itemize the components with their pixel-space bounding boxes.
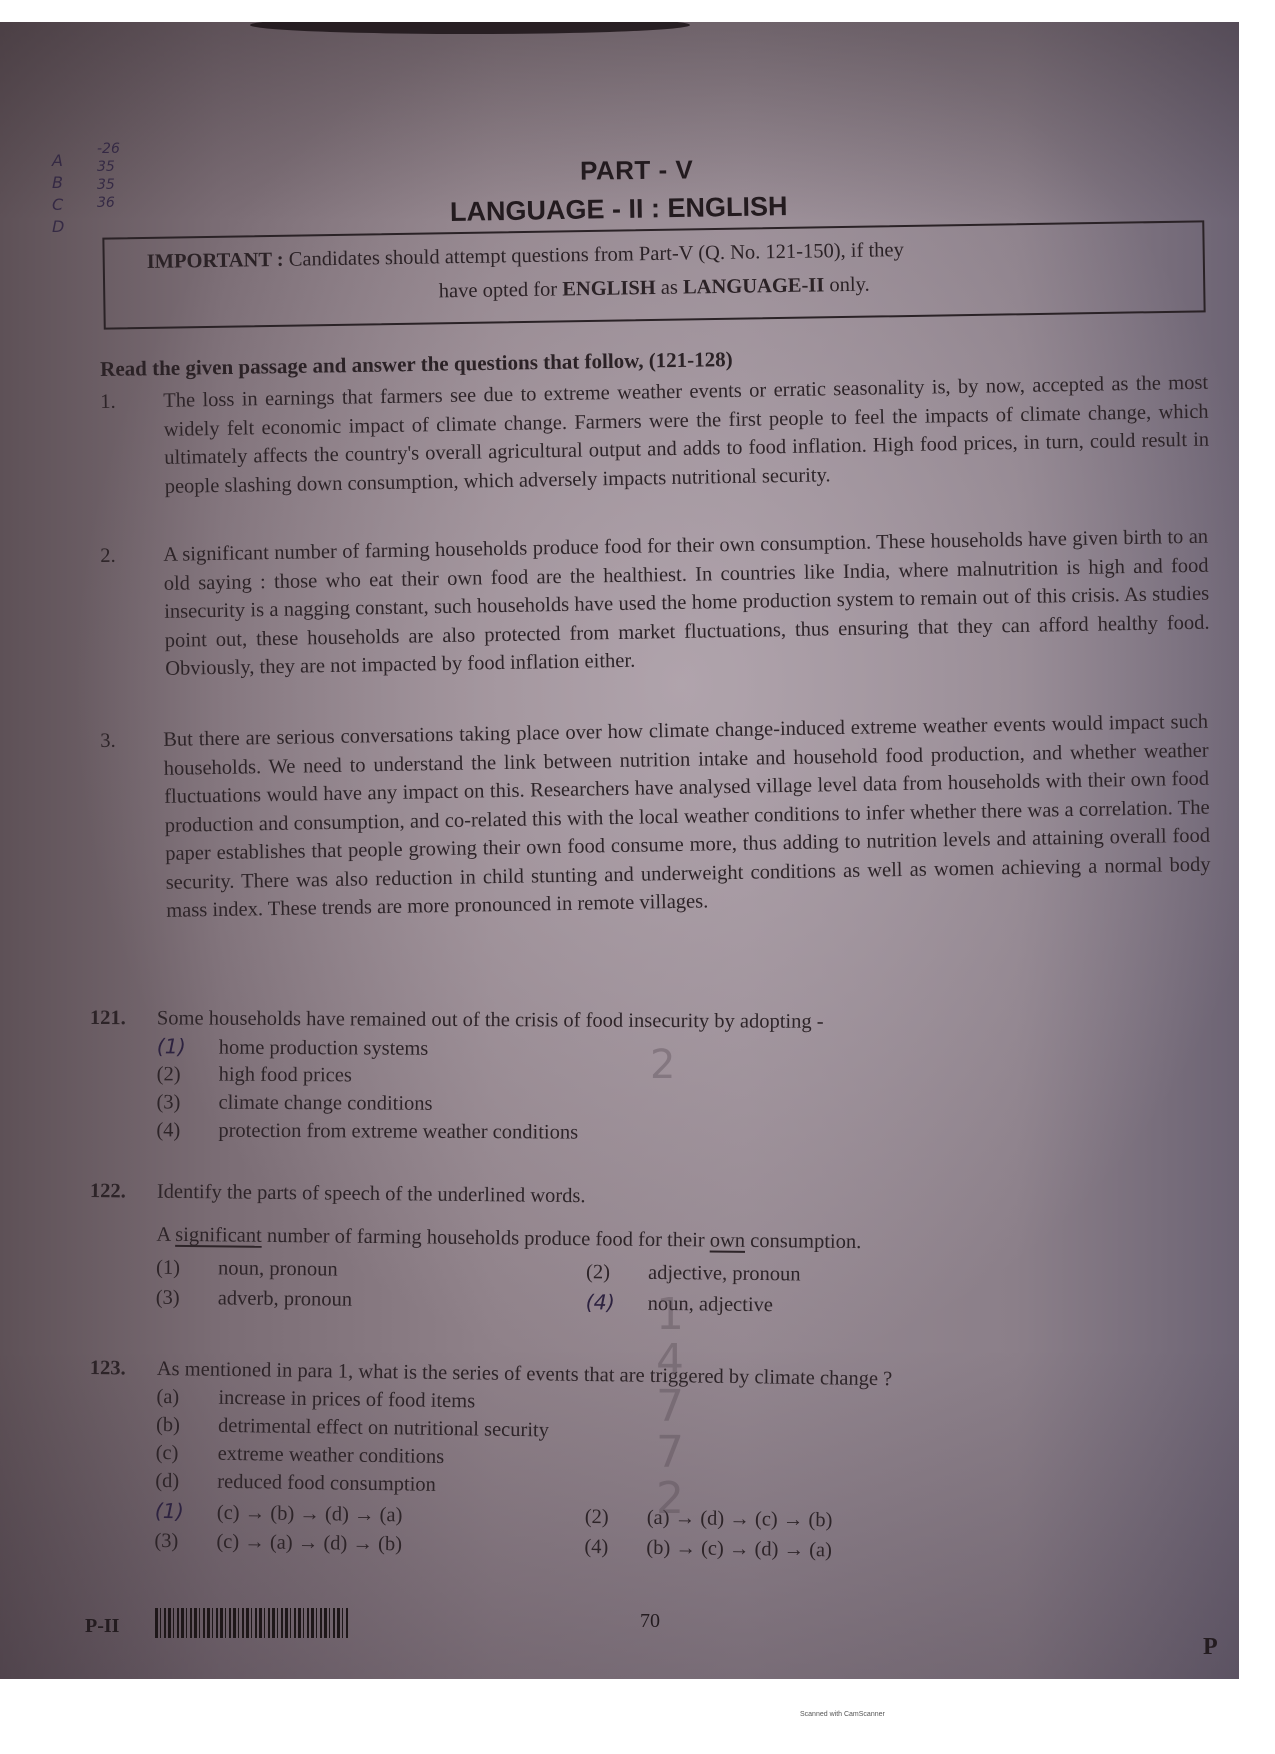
important-line-2: have opted for ENGLISH as LANGUAGE-II on… bbox=[105, 268, 1203, 308]
set-letter: P bbox=[1203, 1634, 1218, 1661]
important-text: Candidates should attempt questions from… bbox=[289, 239, 904, 271]
important-notice-box: IMPORTANT : Candidates should attempt qu… bbox=[102, 220, 1205, 329]
event-label: (b) bbox=[156, 1411, 218, 1440]
event-text: extreme weather conditions bbox=[218, 1443, 445, 1468]
option-text: high food prices bbox=[219, 1064, 352, 1087]
option-1[interactable]: (1)(c) → (b) → (d) → (a) bbox=[155, 1497, 585, 1531]
option-label: (1) bbox=[156, 1254, 218, 1283]
passage-paragraph-1: 1. The loss in earnings that farmers see… bbox=[100, 369, 1210, 502]
option-label: (3) bbox=[156, 1088, 218, 1116]
option-text: (b) → (c) → (d) → (a) bbox=[646, 1537, 832, 1562]
option-text: adjective, pronoun bbox=[648, 1262, 801, 1286]
important-text-part: only. bbox=[824, 274, 870, 297]
language-title: LANGUAGE - II : ENGLISH bbox=[450, 191, 788, 228]
margin-note-letter: A bbox=[52, 150, 64, 172]
pencil-vertical-digits: 1 4 7 7 2 bbox=[650, 1292, 690, 1522]
question-text: Some households have remained out of the… bbox=[157, 1007, 1210, 1036]
passage-instruction: Read the given passage and answer the qu… bbox=[100, 347, 733, 382]
barcode bbox=[155, 1608, 350, 1638]
option-label-ticked: (4) bbox=[586, 1288, 648, 1317]
page-number: 70 bbox=[640, 1610, 660, 1633]
camera-shadow bbox=[250, 22, 690, 34]
important-label: IMPORTANT : bbox=[147, 249, 284, 273]
option-label: (2) bbox=[586, 1258, 648, 1287]
sentence-part: A bbox=[156, 1224, 175, 1246]
question-121: 121. Some households have remained out o… bbox=[89, 1007, 1210, 1150]
part-title: PART - V bbox=[580, 154, 694, 186]
pencil-digit: 4 bbox=[650, 1338, 690, 1384]
paragraph-text: But there are serious conversations taki… bbox=[163, 708, 1211, 926]
option-label-ticked: (1) bbox=[157, 1032, 219, 1060]
option-label: (4) bbox=[584, 1533, 646, 1562]
option-2[interactable]: (2)adjective, pronoun bbox=[586, 1258, 1016, 1291]
paragraph-number: 1. bbox=[100, 388, 116, 417]
option-text: (c) → (a) → (d) → (b) bbox=[216, 1531, 402, 1556]
underlined-word: significant bbox=[175, 1224, 262, 1247]
option-label-ticked: (1) bbox=[155, 1497, 217, 1526]
option-1[interactable]: (1)noun, pronoun bbox=[156, 1254, 586, 1287]
option-label: (3) bbox=[154, 1527, 216, 1556]
paragraph-number: 3. bbox=[100, 727, 116, 756]
paper-code: P-II bbox=[85, 1615, 119, 1638]
important-text-part: have opted for bbox=[439, 278, 563, 302]
underlined-word: own bbox=[710, 1229, 746, 1251]
scanned-page-photo: A B C D -26 35 35 36 PART - V LANGUAGE -… bbox=[0, 22, 1239, 1679]
option-text: (c) → (b) → (d) → (a) bbox=[217, 1502, 403, 1527]
option-4[interactable]: (4)(b) → (c) → (d) → (a) bbox=[584, 1533, 1014, 1567]
important-language-slot: LANGUAGE-II bbox=[683, 274, 825, 298]
option-text: adverb, pronoun bbox=[218, 1287, 353, 1310]
question-number: 122. bbox=[90, 1180, 126, 1203]
option-3[interactable]: (3)adverb, pronoun bbox=[156, 1284, 586, 1317]
pencil-digit: 2 bbox=[650, 1476, 690, 1522]
option-label: (3) bbox=[156, 1284, 218, 1313]
question-123: 123. As mentioned in para 1, what is the… bbox=[87, 1357, 1210, 1570]
sentence-part: number of farming households produce foo… bbox=[262, 1225, 710, 1252]
event-label: (a) bbox=[156, 1383, 218, 1412]
option-4[interactable]: (4)protection from extreme weather condi… bbox=[156, 1116, 1209, 1150]
important-language: ENGLISH bbox=[562, 277, 656, 300]
paragraph-text: A significant number of farming househol… bbox=[163, 523, 1210, 684]
paragraph-number: 2. bbox=[100, 542, 116, 571]
event-text: detrimental effect on nutritional securi… bbox=[218, 1415, 549, 1442]
passage-paragraph-2: 2. A significant number of farming house… bbox=[100, 523, 1210, 685]
pencil-digit: 1 bbox=[650, 1292, 690, 1338]
option-label: (2) bbox=[157, 1060, 219, 1088]
important-text-part: as bbox=[656, 277, 684, 299]
margin-note-score: -26 bbox=[97, 140, 120, 158]
option-text: noun, pronoun bbox=[218, 1257, 338, 1280]
margin-note-score: 36 bbox=[97, 194, 120, 212]
event-label: (d) bbox=[155, 1467, 217, 1496]
margin-note-letter: B bbox=[52, 172, 64, 194]
passage-paragraph-3: 3. But there are serious conversations t… bbox=[100, 708, 1211, 927]
question-number: 121. bbox=[90, 1007, 126, 1030]
question-number: 123. bbox=[90, 1357, 126, 1380]
option-text: home production systems bbox=[219, 1037, 429, 1060]
question-text: Identify the parts of speech of the unde… bbox=[157, 1181, 1210, 1215]
event-label: (c) bbox=[155, 1439, 217, 1468]
option-text: protection from extreme weather conditio… bbox=[218, 1120, 578, 1144]
margin-note-letter: D bbox=[52, 216, 64, 238]
sentence-part: consumption. bbox=[745, 1230, 861, 1253]
important-line-1: IMPORTANT : Candidates should attempt qu… bbox=[147, 239, 904, 274]
margin-note-letter: C bbox=[52, 194, 64, 216]
event-text: increase in prices of food items bbox=[218, 1387, 475, 1413]
option-label: (4) bbox=[156, 1116, 218, 1144]
margin-note-score: 35 bbox=[97, 176, 120, 194]
option-3[interactable]: (3)(c) → (a) → (d) → (b) bbox=[154, 1527, 584, 1561]
margin-note-score: 35 bbox=[97, 158, 120, 176]
options-list: (1)home production systems (2)high food … bbox=[156, 1032, 1210, 1150]
scanner-watermark: Scanned with CamScanner bbox=[800, 1711, 885, 1718]
pencil-digit: 7 bbox=[650, 1384, 690, 1430]
event-text: reduced food consumption bbox=[217, 1471, 436, 1496]
option-label: (2) bbox=[585, 1503, 647, 1532]
option-text: climate change conditions bbox=[218, 1092, 432, 1115]
pencil-digit: 7 bbox=[650, 1430, 690, 1476]
paragraph-text: The loss in earnings that farmers see du… bbox=[163, 369, 1210, 501]
